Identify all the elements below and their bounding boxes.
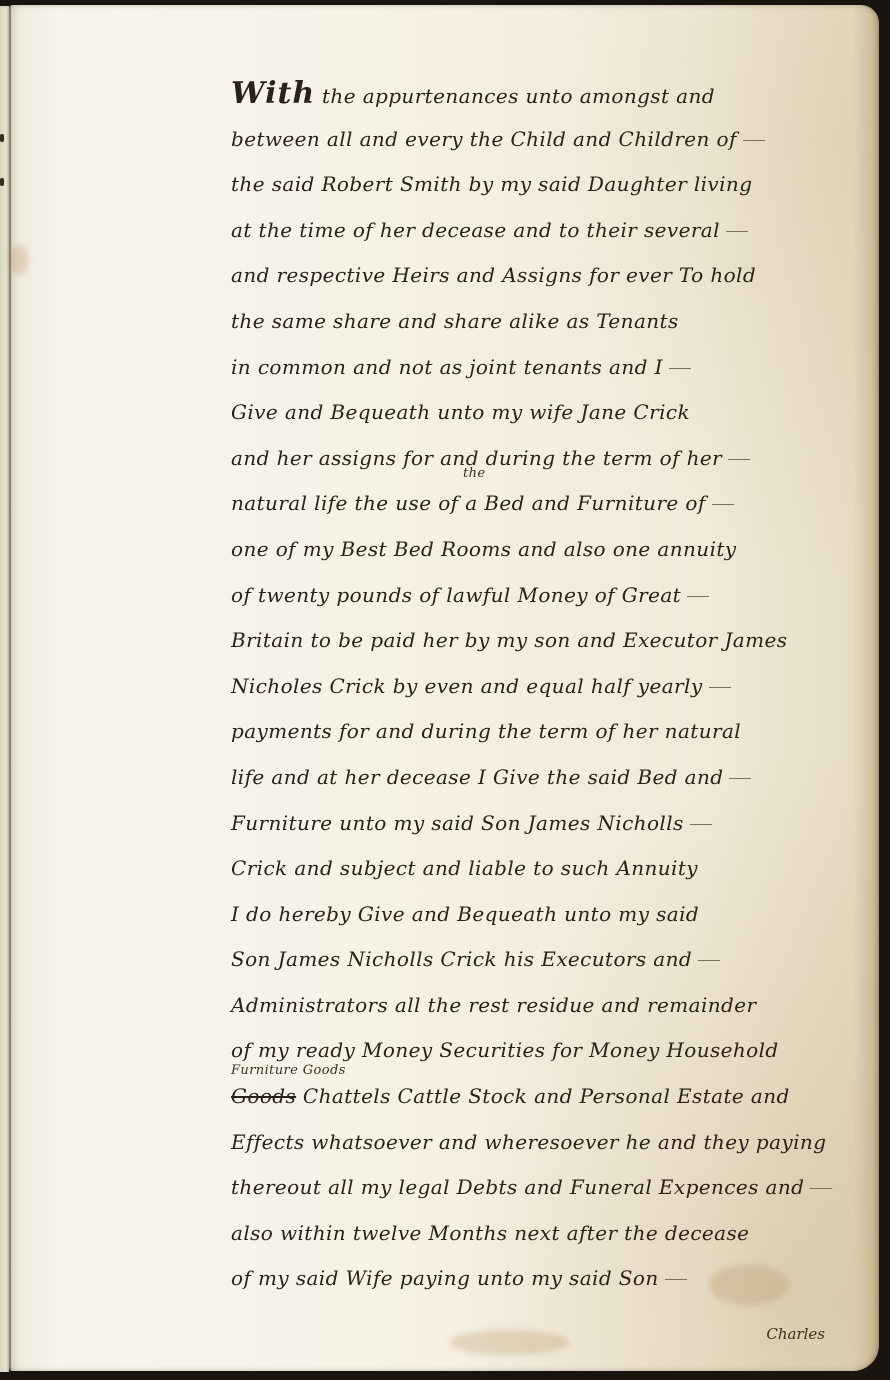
- manuscript-line: Britain to be paid her by my son and Exe…: [231, 618, 871, 664]
- manuscript-line: payments for and during the term of her …: [231, 709, 871, 755]
- paper-stain: [449, 1330, 569, 1355]
- paper-stain: [9, 245, 29, 275]
- manuscript-page: With the appurtenances unto amongst and …: [9, 5, 879, 1371]
- manuscript-line: life and at her decease I Give the said …: [231, 755, 871, 801]
- manuscript-line: I do hereby Give and Bequeath unto my sa…: [231, 892, 871, 938]
- line-filler-dash: [709, 687, 731, 688]
- manuscript-line: and her assigns for and during the term …: [231, 436, 871, 482]
- line-filler-dash: [690, 824, 712, 825]
- page-gutter: [9, 5, 11, 1371]
- manuscript-line: between all and every the Child and Chil…: [231, 117, 871, 163]
- manuscript-line: of twenty pounds of lawful Money of Grea…: [231, 573, 871, 619]
- line-filler-dash: [712, 504, 734, 505]
- manuscript-line: one of my Best Bed Rooms and also one an…: [231, 527, 871, 573]
- line-filler-dash: [728, 459, 750, 460]
- manuscript-line: Furniture unto my said Son James Nicholl…: [231, 801, 871, 847]
- previous-page-ink-mark: [0, 178, 4, 186]
- manuscript-line: also within twelve Months next after the…: [231, 1211, 871, 1257]
- line-filler-dash: [743, 140, 765, 141]
- opening-word: With: [231, 76, 315, 111]
- line-filler-dash: [729, 778, 751, 779]
- previous-page-edge: [0, 6, 9, 1372]
- line-filler-dash: [726, 231, 748, 232]
- scan-frame: With the appurtenances unto amongst and …: [0, 0, 890, 1380]
- manuscript-line: at the time of her decease and to their …: [231, 208, 871, 254]
- line-filler-dash: [810, 1188, 832, 1189]
- manuscript-line: thereout all my legal Debts and Funeral …: [231, 1165, 871, 1211]
- manuscript-line: and respective Heirs and Assigns for eve…: [231, 253, 871, 299]
- manuscript-line: Crick and subject and liable to such Ann…: [231, 846, 871, 892]
- struck-word: Goods: [231, 1084, 296, 1108]
- manuscript-line: Son James Nicholls Crick his Executors a…: [231, 937, 871, 983]
- line-filler-dash: [669, 368, 691, 369]
- catchword: Charles: [766, 1325, 825, 1343]
- line-filler-dash: [687, 596, 709, 597]
- line-filler-dash: [665, 1279, 687, 1280]
- interlinear-insertion: the: [463, 467, 486, 481]
- manuscript-line: With the appurtenances unto amongst and: [231, 71, 871, 117]
- manuscript-line: the same share and share alike as Tenant…: [231, 299, 871, 345]
- previous-page-ink-mark: [0, 134, 4, 142]
- manuscript-line: of my said Wife paying unto my said Son: [231, 1256, 871, 1302]
- manuscript-line: Give and Bequeath unto my wife Jane Cric…: [231, 390, 871, 436]
- manuscript-line: Effects whatsoever and wheresoever he an…: [231, 1120, 871, 1166]
- manuscript-line: in common and not as joint tenants and I: [231, 345, 871, 391]
- interlinear-insertion: Furniture Goods: [231, 1064, 346, 1078]
- manuscript-line: the said Robert Smith by my said Daughte…: [231, 162, 871, 208]
- manuscript-line: Furniture Goods Goods Chattels Cattle St…: [231, 1074, 871, 1120]
- manuscript-line: Nicholes Crick by even and equal half ye…: [231, 664, 871, 710]
- line-filler-dash: [698, 960, 720, 961]
- will-text: With the appurtenances unto amongst and …: [231, 71, 871, 1302]
- manuscript-line: Administrators all the rest residue and …: [231, 983, 871, 1029]
- manuscript-line: the natural life the use of a Bed and Fu…: [231, 481, 871, 527]
